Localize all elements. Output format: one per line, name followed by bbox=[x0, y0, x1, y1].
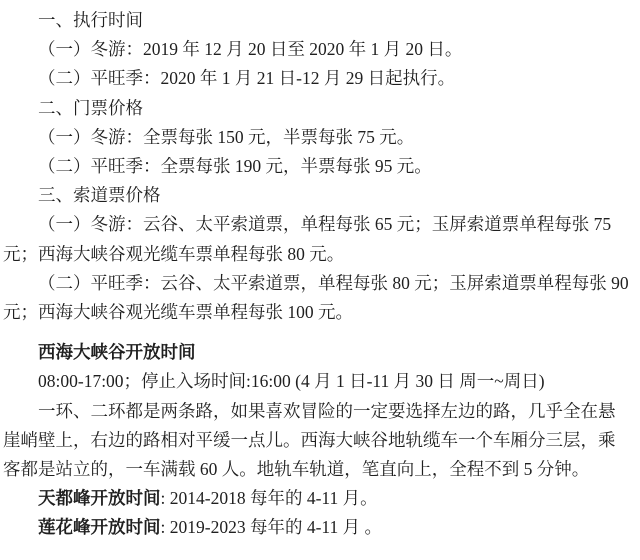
heading-canyon-opening-hours: 西海大峡谷开放时间 bbox=[3, 338, 631, 367]
para-winter-ticket-prices: （一）冬游：全票每张 150 元，半票每张 75 元。 bbox=[3, 123, 631, 152]
para-regular-season-dates: （二）平旺季：2020 年 1 月 21 日-12 月 29 日起执行。 bbox=[3, 64, 631, 93]
heading-ticket-prices: 二、门票价格 bbox=[3, 94, 631, 123]
para-winter-cableway-prices: （一）冬游：云谷、太平索道票，单程每张 65 元；玉屏索道票单程每张 75 元；… bbox=[3, 210, 631, 268]
lianhua-peak-value: : 2019-2023 每年的 4-11 月 。 bbox=[161, 517, 383, 537]
para-lianhua-peak-hours: 莲花峰开放时间: 2019-2023 每年的 4-11 月 。 bbox=[3, 513, 631, 542]
para-regular-cableway-prices: （二）平旺季：云谷、太平索道票，单程每张 80 元；玉屏索道票单程每张 90 元… bbox=[3, 269, 631, 327]
para-tiandu-peak-hours: 天都峰开放时间: 2014-2018 每年的 4-11 月。 bbox=[3, 484, 631, 513]
tiandu-peak-label: 天都峰开放时间 bbox=[38, 488, 161, 508]
lianhua-peak-label: 莲花峰开放时间 bbox=[38, 517, 161, 537]
document-page: 一、执行时间 （一）冬游：2019 年 12 月 20 日至 2020 年 1 … bbox=[0, 0, 640, 560]
para-canyon-description: 一环、二环都是两条路，如果喜欢冒险的一定要选择左边的路，几乎全在悬崖峭壁上，右边… bbox=[3, 397, 631, 485]
heading-execution-time: 一、执行时间 bbox=[3, 6, 631, 35]
paragraph-gap bbox=[3, 327, 631, 338]
heading-cableway-prices: 三、索道票价格 bbox=[3, 181, 631, 210]
para-winter-dates: （一）冬游：2019 年 12 月 20 日至 2020 年 1 月 20 日。 bbox=[3, 35, 631, 64]
para-regular-ticket-prices: （二）平旺季：全票每张 190 元，半票每张 95 元。 bbox=[3, 152, 631, 181]
para-opening-hours: 08:00-17:00；停止入场时间:16:00 (4 月 1 日-11 月 3… bbox=[3, 367, 631, 396]
tiandu-peak-value: : 2014-2018 每年的 4-11 月。 bbox=[161, 488, 378, 508]
document-body: 一、执行时间 （一）冬游：2019 年 12 月 20 日至 2020 年 1 … bbox=[0, 0, 640, 543]
